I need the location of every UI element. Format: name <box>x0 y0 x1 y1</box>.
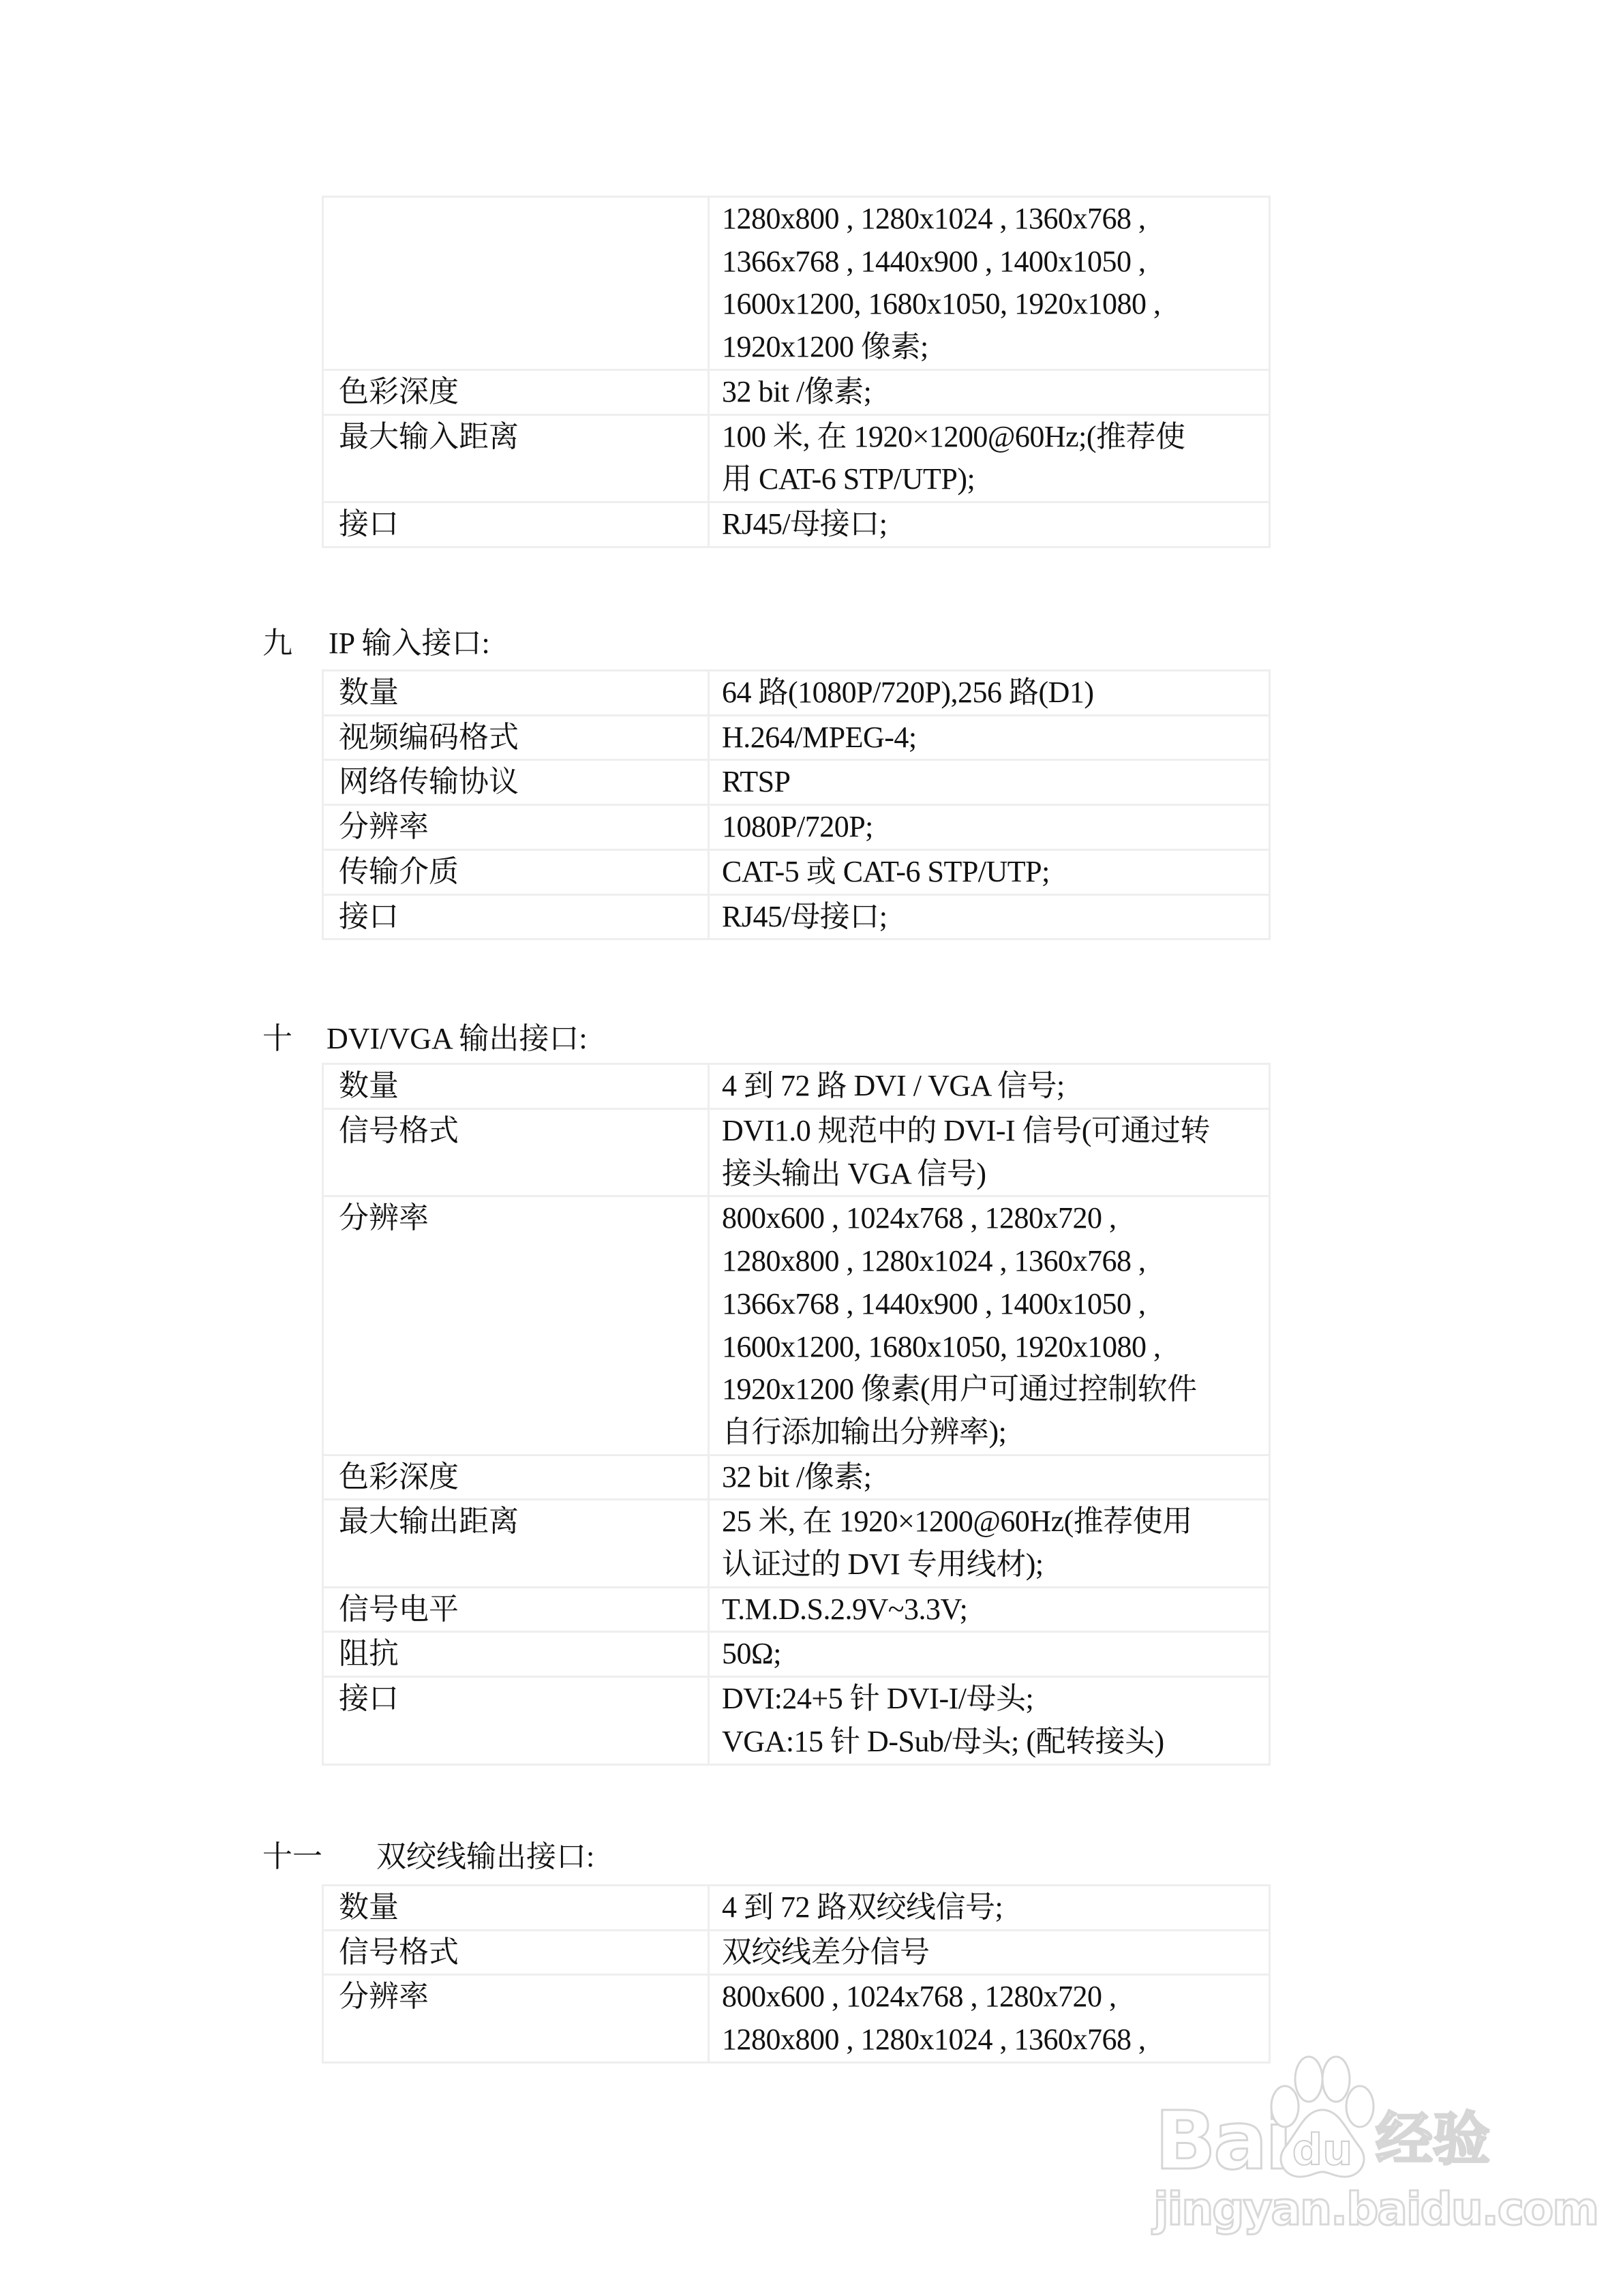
section-number: 九 <box>262 624 329 663</box>
spec-key: 信号电平 <box>323 1587 709 1632</box>
spec-value: DVI:24+5 针 DVI-I/母头; VGA:15 针 D-Sub/母头; … <box>709 1677 1270 1764</box>
section-heading-twisted-pair-output: 十一双绞线输出接口: <box>247 1800 594 1876</box>
spec-key: 阻抗 <box>323 1632 709 1677</box>
spec-value: RTSP <box>709 760 1270 805</box>
table-row: 分辨率 800x600 , 1024x768 , 1280x720 , 1280… <box>323 1975 1270 2062</box>
spec-value: 32 bit /像素; <box>709 1455 1270 1500</box>
spec-key: 数量 <box>323 1886 709 1931</box>
spec-table-dvi-vga-output: 数量 4 到 72 路 DVI / VGA 信号; 信号格式 DVI1.0 规范… <box>322 1063 1271 1766</box>
section-title: DVI/VGA 输出接口: <box>327 1020 588 1058</box>
spec-table-display-input-continued: 1280x800 , 1280x1024 , 1360x768 , 1366x7… <box>322 196 1271 548</box>
watermark-url: jingyan.baidu.com <box>1153 2183 1598 2236</box>
section-title: IP 输入接口: <box>329 624 490 663</box>
spec-value: DVI1.0 规范中的 DVI-I 信号(可通过转 接头输出 VGA 信号) <box>709 1109 1270 1196</box>
spec-value: RJ45/母接口; <box>709 502 1270 547</box>
spec-value: 4 到 72 路 DVI / VGA 信号; <box>709 1064 1270 1109</box>
spec-key: 数量 <box>323 671 709 716</box>
spec-key: 接口 <box>323 1677 709 1764</box>
table-row: 分辨率 1080P/720P; <box>323 805 1270 850</box>
table-row: 最大输出距离 25 米, 在 1920×1200@60Hz(推荐使用 认证过的 … <box>323 1500 1270 1587</box>
table-row: 色彩深度 32 bit /像素; <box>323 1455 1270 1500</box>
spec-value: 1280x800 , 1280x1024 , 1360x768 , 1366x7… <box>709 197 1270 370</box>
table-row: 数量 4 到 72 路 DVI / VGA 信号; <box>323 1064 1270 1109</box>
table-row: 传输介质 CAT-5 或 CAT-6 STP/UTP; <box>323 849 1270 894</box>
table-row: 视频编码格式 H.264/MPEG-4; <box>323 715 1270 760</box>
spec-value: 25 米, 在 1920×1200@60Hz(推荐使用 认证过的 DVI 专用线… <box>709 1500 1270 1587</box>
spec-key: 分辨率 <box>323 805 709 850</box>
table-row: 阻抗 50Ω; <box>323 1632 1270 1677</box>
table-row: 网络传输协议 RTSP <box>323 760 1270 805</box>
table-row: 1280x800 , 1280x1024 , 1360x768 , 1366x7… <box>323 197 1270 370</box>
spec-value: T.M.D.S.2.9V~3.3V; <box>709 1587 1270 1632</box>
spec-key: 分辨率 <box>323 1975 709 2062</box>
spec-key: 色彩深度 <box>323 370 709 415</box>
spec-value: H.264/MPEG-4; <box>709 715 1270 760</box>
spec-key: 色彩深度 <box>323 1455 709 1500</box>
table-row: 接口 RJ45/母接口; <box>323 894 1270 939</box>
table-row: 分辨率 800x600 , 1024x768 , 1280x720 , 1280… <box>323 1196 1270 1455</box>
spec-key: 传输介质 <box>323 849 709 894</box>
watermark-du-text: du <box>1292 2125 1353 2175</box>
paw-icon: du <box>1268 2052 1377 2181</box>
section-heading-ip-input: 九IP 输入接口: <box>247 586 490 663</box>
table-row: 接口 RJ45/母接口; <box>323 502 1270 547</box>
spec-value: 800x600 , 1024x768 , 1280x720 , 1280x800… <box>709 1975 1270 2062</box>
watermark-jingyan-text: 经验 <box>1376 2105 1490 2173</box>
spec-value: 32 bit /像素; <box>709 370 1270 415</box>
spec-key: 视频编码格式 <box>323 715 709 760</box>
table-row: 色彩深度 32 bit /像素; <box>323 370 1270 415</box>
section-title: 双绞线输出接口: <box>376 1838 594 1876</box>
spec-key <box>323 197 709 370</box>
spec-key: 数量 <box>323 1064 709 1109</box>
spec-value: 64 路(1080P/720P),256 路(D1) <box>709 671 1270 716</box>
spec-key: 网络传输协议 <box>323 760 709 805</box>
watermark-logo: Bai du 经验 <box>1152 2052 1520 2181</box>
spec-value: 50Ω; <box>709 1632 1270 1677</box>
table-row: 信号格式 DVI1.0 规范中的 DVI-I 信号(可通过转 接头输出 VGA … <box>323 1109 1270 1196</box>
section-number: 十 <box>262 1020 327 1058</box>
spec-value: 4 到 72 路双绞线信号; <box>709 1886 1270 1931</box>
table-row: 最大输入距离 100 米, 在 1920×1200@60Hz;(推荐使 用 CA… <box>323 414 1270 502</box>
spec-value: RJ45/母接口; <box>709 894 1270 939</box>
section-heading-dvi-vga-output: 十DVI/VGA 输出接口: <box>247 982 588 1058</box>
spec-key: 分辨率 <box>323 1196 709 1455</box>
section-number: 十一 <box>262 1838 376 1876</box>
spec-table-twisted-pair-output: 数量 4 到 72 路双绞线信号; 信号格式 双绞线差分信号 分辨率 800x6… <box>322 1884 1271 2064</box>
spec-key: 最大输出距离 <box>323 1500 709 1587</box>
spec-key: 最大输入距离 <box>323 414 709 502</box>
table-row: 数量 4 到 72 路双绞线信号; <box>323 1886 1270 1931</box>
baidu-jingyan-watermark: Bai du 经验 jingyan.baidu.com <box>1152 2052 1520 2243</box>
spec-value: 双绞线差分信号 <box>709 1930 1270 1975</box>
table-row: 接口 DVI:24+5 针 DVI-I/母头; VGA:15 针 D-Sub/母… <box>323 1677 1270 1764</box>
table-row: 信号格式 双绞线差分信号 <box>323 1930 1270 1975</box>
spec-key: 接口 <box>323 894 709 939</box>
table-row: 数量 64 路(1080P/720P),256 路(D1) <box>323 671 1270 716</box>
spec-value: 100 米, 在 1920×1200@60Hz;(推荐使 用 CAT-6 STP… <box>709 414 1270 502</box>
spec-key: 接口 <box>323 502 709 547</box>
spec-value: CAT-5 或 CAT-6 STP/UTP; <box>709 849 1270 894</box>
spec-table-ip-input: 数量 64 路(1080P/720P),256 路(D1) 视频编码格式 H.2… <box>322 669 1271 940</box>
spec-key: 信号格式 <box>323 1930 709 1975</box>
spec-value: 1080P/720P; <box>709 805 1270 850</box>
table-row: 信号电平 T.M.D.S.2.9V~3.3V; <box>323 1587 1270 1632</box>
spec-key: 信号格式 <box>323 1109 709 1196</box>
spec-value: 800x600 , 1024x768 , 1280x720 , 1280x800… <box>709 1196 1270 1455</box>
